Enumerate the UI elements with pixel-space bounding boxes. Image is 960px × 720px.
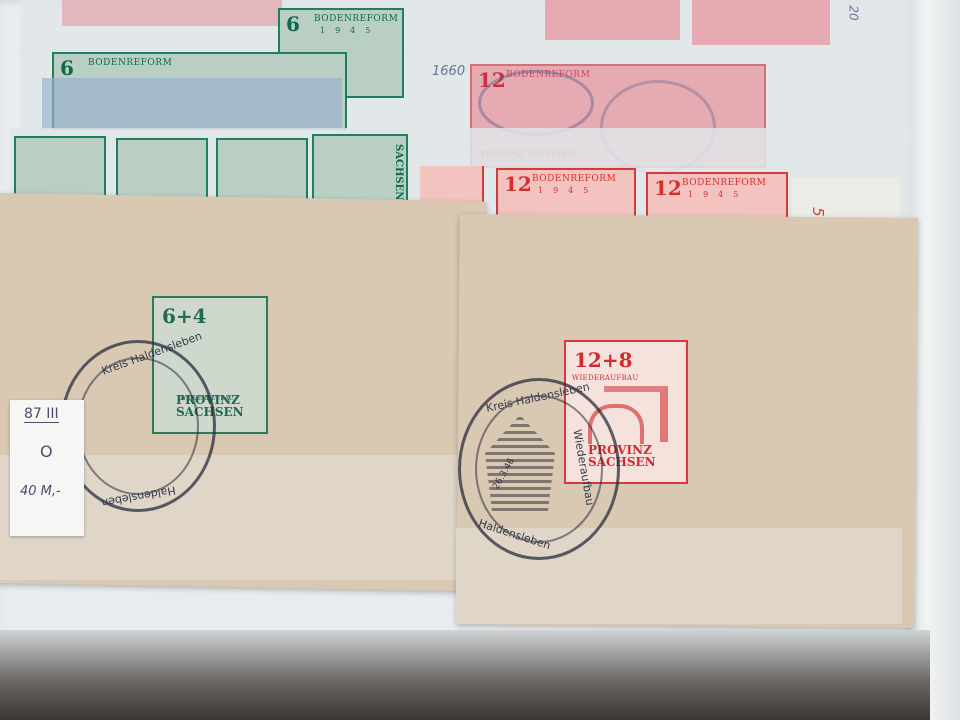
stamp-year: 1945 [538,186,598,195]
stamp-inscription-vertical: SACHSEN [393,144,404,200]
stamp-pink-top-2 [692,0,830,45]
special-cancellation-right: Kreis Haldensleben Wiederaufbau 26.3.46 … [458,378,620,560]
album-bottom-edge [0,630,930,720]
handwritten-margin-note-top: 20 [847,5,861,20]
condition-symbol: O [40,442,53,461]
stamp-value: 6 [286,12,300,36]
stamp-year: 1945 [320,26,380,35]
stamp-value: 12 [504,172,532,196]
stamp-inscription: BODENREFORM [88,58,172,68]
stamp-year: 1945 [688,190,748,199]
stamp-red-12-1: 12 BODENREFORM 1945 [496,168,636,220]
price-note-label: 87 III O 40 M,- [10,400,84,536]
stamp-inscription: BODENREFORM [682,178,766,188]
blue-overlay-stamps [42,78,342,130]
stamp-value: 12 [654,176,682,200]
price-text: 40 M,- [20,484,61,499]
stamp-green-strip-item: SACHSEN [312,134,408,208]
postmark-circle [478,70,594,136]
stamp-pink-top-1 [545,0,680,40]
stamp-value: 12+8 [574,348,633,372]
stamp-value: 6 [60,56,74,80]
stamp-inscription: BODENREFORM [532,174,616,184]
stamp-inscription: BODENREFORM [314,14,398,24]
stamp-strip-pink-top-left [62,0,282,26]
catalog-number: 87 III [24,406,59,423]
catalog-handwritten-note: 1660 [432,64,465,79]
stamp-value: 6+4 [162,304,207,328]
cancel-inner-ring [77,357,199,495]
